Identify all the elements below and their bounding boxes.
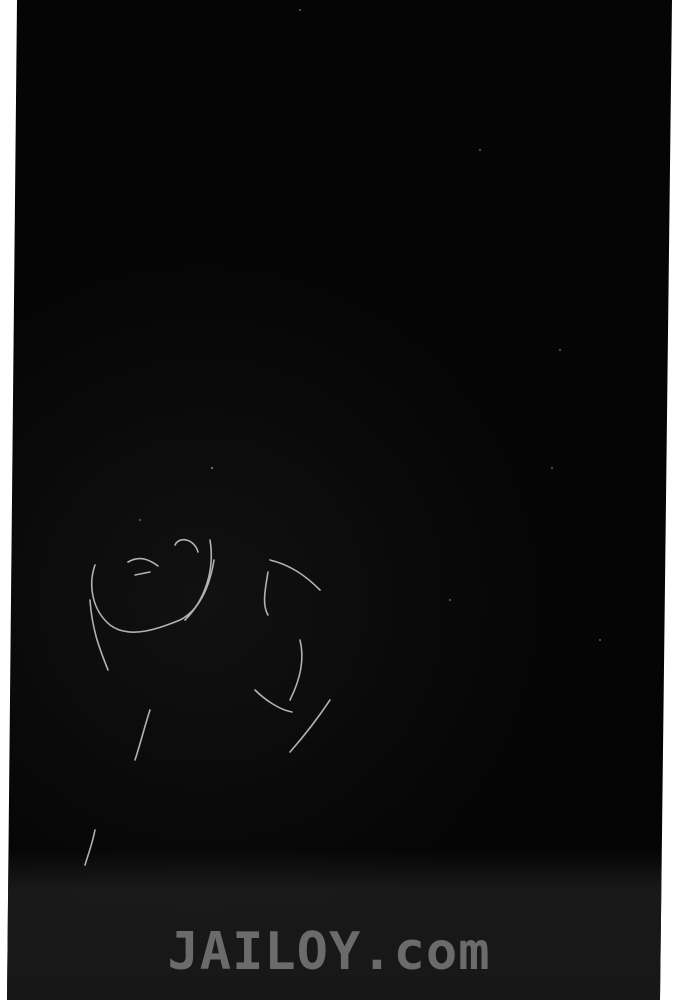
watermark-text: JAILOY.com [0, 922, 668, 982]
faint-figure-sketch [0, 0, 678, 1000]
